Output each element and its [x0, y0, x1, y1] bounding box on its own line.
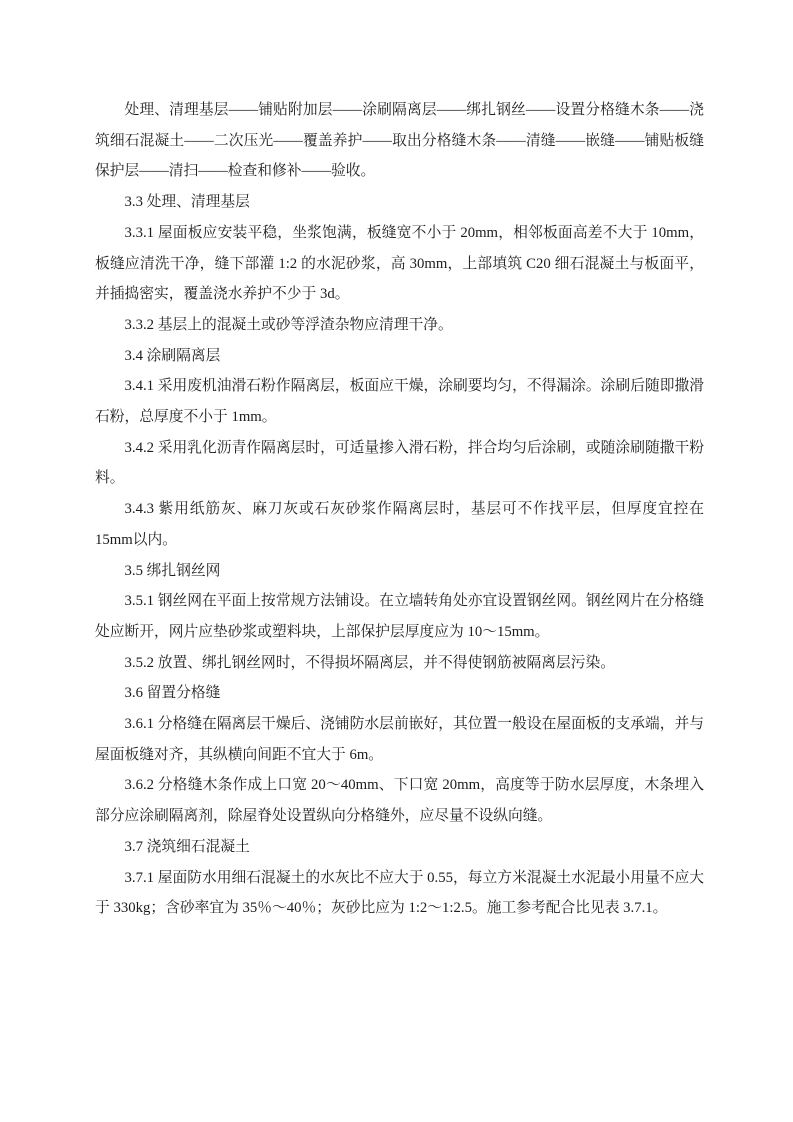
paragraph: 3.4.3 紫用纸筋灰、麻刀灰或石灰砂浆作隔离层时，基层可不作找平层，但厚度宜控… — [95, 494, 704, 555]
paragraph: 3.3.2 基层上的混凝土或砂等浮渣杂物应清理干净。 — [95, 310, 704, 341]
paragraph: 3.5.2 放置、绑扎钢丝网时，不得损坏隔离层，并不得使钢筋被隔离层污染。 — [95, 648, 704, 679]
document-page: 处理、清理基层——铺贴附加层——涂刷隔离层——绑扎钢丝——设置分格缝木条——浇筑… — [0, 0, 793, 1122]
paragraph: 3.7.1 屋面防水用细石混凝土的水灰比不应大于 0.55，每立方米混凝土水泥最… — [95, 863, 704, 924]
section-heading: 3.4 涂刷隔离层 — [95, 341, 704, 372]
paragraph: 3.5.1 钢丝网在平面上按常规方法铺设。在立墙转角处亦宜设置钢丝网。钢丝网片在… — [95, 586, 704, 647]
section-heading: 3.5 绑扎钢丝网 — [95, 556, 704, 587]
paragraph: 3.4.2 采用乳化沥青作隔离层时，可适量掺入滑石粉，拌合均匀后涂刷，或随涂刷随… — [95, 433, 704, 494]
paragraph: 3.3.1 屋面板应安装平稳，坐浆饱满，板缝宽不小于 20mm，相邻板面高差不大… — [95, 218, 704, 310]
section-heading: 3.3 处理、清理基层 — [95, 187, 704, 218]
paragraph: 处理、清理基层——铺贴附加层——涂刷隔离层——绑扎钢丝——设置分格缝木条——浇筑… — [95, 95, 704, 187]
section-heading: 3.6 留置分格缝 — [95, 678, 704, 709]
document-content: 处理、清理基层——铺贴附加层——涂刷隔离层——绑扎钢丝——设置分格缝木条——浇筑… — [95, 95, 704, 924]
paragraph: 3.6.1 分格缝在隔离层干燥后、浇铺防水层前嵌好，其位置一般设在屋面板的支承端… — [95, 709, 704, 770]
paragraph: 3.6.2 分格缝木条作成上口宽 20～40mm、下口宽 20mm，高度等于防水… — [95, 770, 704, 831]
section-heading: 3.7 浇筑细石混凝土 — [95, 832, 704, 863]
paragraph: 3.4.1 采用废机油滑石粉作隔离层，板面应干燥，涂刷要均匀，不得漏涂。涂刷后随… — [95, 371, 704, 432]
